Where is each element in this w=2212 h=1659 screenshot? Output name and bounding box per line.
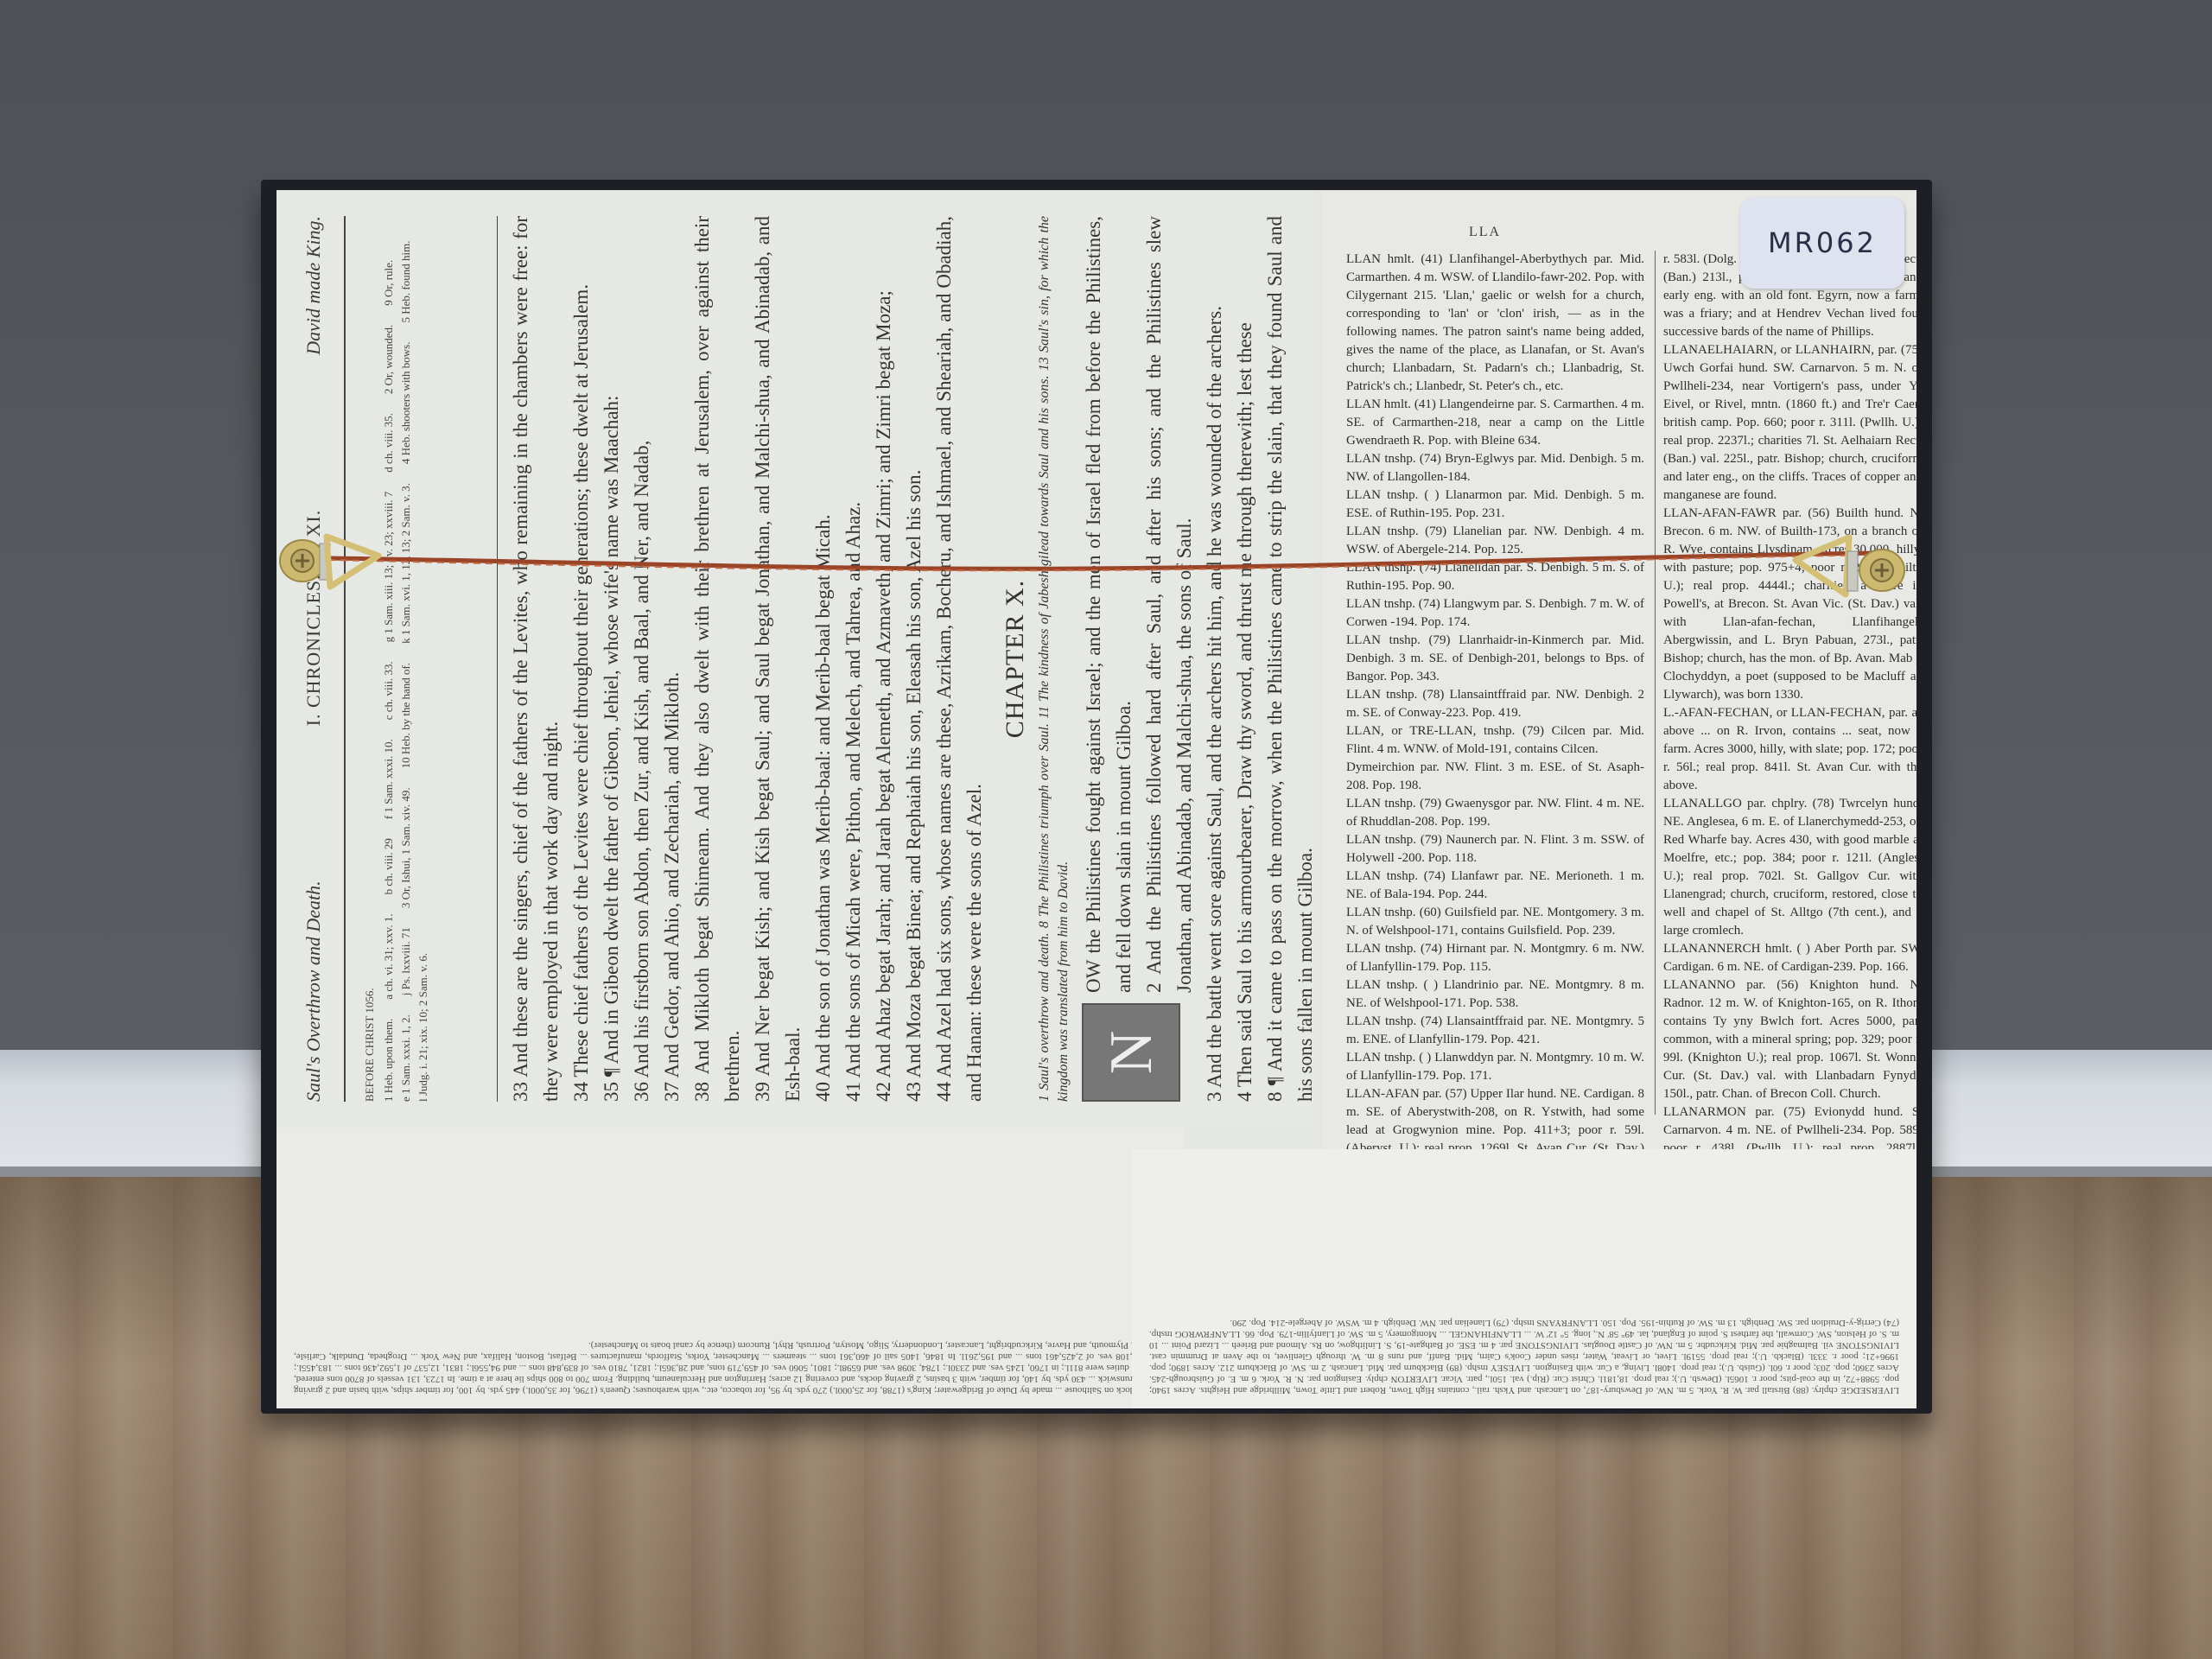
- bible-page: Saul's Overthrow and Death. I. CHRONICLE…: [276, 190, 1313, 1128]
- verse: 43 And Moza begat Binea; and Rephaiah hi…: [899, 216, 929, 1102]
- verse: 34 These chief fathers of the Levites we…: [566, 216, 596, 1102]
- clipping-right-text: LIVERSEDGE chplry. (88) Birstall par. W.…: [1149, 1162, 1899, 1395]
- gazetteer-entry: LLANANNERCH hmlt. ( ) Aber Porth par. SW…: [1663, 940, 1916, 976]
- picture-frame-back: Saul's Overthrow and Death. I. CHRONICLE…: [261, 180, 1932, 1414]
- gazetteer-entry: LLANARMON par. (75) Evionydd hund. S. Ca…: [1663, 1103, 1916, 1149]
- verse: 44 And Azel had six sons, whose names ar…: [929, 216, 989, 1102]
- right-d-ring-hanger: [1789, 525, 1910, 607]
- gazetteer-entry: LLAN tnshp. ( ) Llanwddyn par. N. Montgm…: [1346, 1049, 1644, 1085]
- gazetteer-entry: LLAN tnshp. (74) Llangwym par. S. Denbig…: [1346, 595, 1644, 632]
- gazetteer-entry: Dymeirchion par. NW. Flint. 3 m. ESE. of…: [1346, 759, 1644, 795]
- clipping-left-text: long), a dock on Salthouse ... made by D…: [294, 1141, 1166, 1395]
- verse: 36 And his firstborn son Abdon, then Zur…: [626, 216, 657, 1102]
- gazetteer-entry: LLAN tnshp. (74) Hirnant par. N. Montgmr…: [1346, 940, 1644, 976]
- margin-note: a ch. vi. 31; xxv. 1.: [382, 913, 396, 999]
- running-head: Saul's Overthrow and Death. I. CHRONICLE…: [302, 190, 337, 1128]
- margin-references: BEFORE CHRIST 1056. 1 Heb. upon them. a …: [363, 216, 493, 1102]
- newspaper-clipping-left: long), a dock on Salthouse ... made by D…: [276, 1128, 1184, 1408]
- gazetteer-column-1: LLAN hmlt. (41) Llanfihangel-Aberbythych…: [1346, 251, 1644, 1149]
- chapter-x-summary: 1 Saul's overthrow and death. 8 The Phil…: [1035, 216, 1073, 1102]
- margin-note: 4 Heb. shooters with bows.: [399, 342, 413, 465]
- margin-note: l Judg. i. 21; xix. 10; 2 Sam. v. 6.: [416, 953, 430, 1102]
- gazetteer-entry: LLAN, or TRE-LLAN, tnshp. (79) Cilcen pa…: [1346, 722, 1644, 759]
- verse: 33 And these are the singers, chief of t…: [505, 216, 566, 1102]
- verse: 38 And Mikloth begat Shimeam. And they a…: [687, 216, 747, 1102]
- verse: 4 Then said Saul to his armourbearer, Dr…: [1230, 216, 1260, 1102]
- gazetteer-entry: LLAN tnshp. ( ) Llanarmon par. Mid. Denb…: [1346, 486, 1644, 523]
- verse: 2 And the Philistines followed hard afte…: [1139, 216, 1199, 1102]
- gazetteer-column-2: r. 583l. (Dolg. U.); real prop. 5l. St. …: [1663, 251, 1916, 1149]
- frame-backing: Saul's Overthrow and Death. I. CHRONICLE…: [276, 190, 1916, 1408]
- gazetteer-running-head-left: LLA: [1469, 225, 1501, 240]
- verse: 37 And Gedor, and Ahio, and Zechariah, a…: [657, 216, 687, 1102]
- verse: 39 And Ner begat Kish; and Kish begat Sa…: [747, 216, 808, 1102]
- running-head-left: Saul's Overthrow and Death.: [302, 880, 337, 1102]
- verse: 3 And the battle went sore against Saul,…: [1199, 216, 1230, 1102]
- verse: 35 ¶ And in Gibeon dwelt the father of G…: [596, 216, 626, 1102]
- margin-note: d ch. viii. 35.: [382, 413, 396, 473]
- margin-note: f 1 Sam. xxxi. 10.: [382, 739, 396, 819]
- gazetteer-entry: LLANAELHAIARN, or LLANHAIRN, par. (75) U…: [1663, 341, 1916, 505]
- gazetteer-entry: LLANANNO par. (56) Knighton hund. N. Rad…: [1663, 976, 1916, 1103]
- verse: 42 And Ahaz begat Jarah; and Jarah begat…: [868, 216, 899, 1102]
- margin-note: j Ps. lxxviii. 71: [399, 927, 413, 995]
- gazetteer-entry: LLAN tnshp. (78) Llansaintffraid par. NW…: [1346, 686, 1644, 722]
- gazetteer-entry: LLAN tnshp. (74) Llansaintffraid par. NE…: [1346, 1013, 1644, 1049]
- gazetteer-entry: L.-AFAN-FECHAN, or LLAN-FECHAN, par. as …: [1663, 704, 1916, 795]
- inventory-label-text: MR062: [1768, 226, 1877, 259]
- margin-note: e 1 Sam. xxxi. 1, 2.: [399, 1014, 413, 1102]
- margin-note: 1 Heb. upon them.: [382, 1019, 396, 1102]
- drop-cap-n: N: [1082, 1003, 1180, 1102]
- bible-text: 33 And these are the singers, chief of t…: [505, 216, 1313, 1102]
- running-head-right: David made King.: [302, 216, 337, 355]
- verse: 8 ¶ And it came to pass on the morrow, w…: [1260, 216, 1313, 1102]
- gazetteer-entry: LLAN hmlt. (41) Llangendeirne par. S. Ca…: [1346, 396, 1644, 450]
- gazetteer-page: LLA LLA LLAN hmlt. (41) Llanfihangel-Abe…: [1322, 190, 1916, 1149]
- verse: OW the Philistines fought against Israel…: [1078, 216, 1139, 1102]
- margin-note: 3 Or, Ishui, 1 Sam. xiv. 49.: [399, 787, 413, 908]
- gazetteer-entry: LLAN tnshp. (79) Llanrhaidr-in-Kinmerch …: [1346, 632, 1644, 686]
- gazetteer-entry: LLAN hmlt. (41) Llanfihangel-Aberbythych…: [1346, 251, 1644, 396]
- gazetteer-entry: LLAN tnshp. ( ) Llandrinio par. NE. Mont…: [1346, 976, 1644, 1013]
- margin-note: 2 Or, wounded.: [382, 325, 396, 394]
- header-rule: [344, 216, 346, 1102]
- margin-note: 9 Or, rule.: [382, 260, 396, 306]
- column-divider: [1655, 251, 1656, 1115]
- margin-rule: [497, 216, 498, 1102]
- margin-note: c ch. viii. 33.: [382, 661, 396, 720]
- margin-note: b ch. viii. 29: [382, 838, 396, 894]
- margin-date: BEFORE CHRIST 1056.: [363, 216, 377, 1102]
- hanging-wire: [311, 536, 1901, 588]
- inventory-label: MR062: [1740, 197, 1904, 289]
- gazetteer-entry: LLAN tnshp. (79) Gwaenysgor par. NW. Fli…: [1346, 795, 1644, 831]
- gazetteer-entry: LLAN tnshp. (74) Bryn-Eglwys par. Mid. D…: [1346, 450, 1644, 486]
- left-d-ring-hanger: [275, 523, 387, 596]
- verse: 41 And the sons of Micah were, Pithon, a…: [838, 216, 868, 1102]
- margin-note: 10 Heb. by the hand of.: [399, 663, 413, 768]
- gazetteer-entry: LLANALLGO par. chplry. (78) Twrcelyn hun…: [1663, 795, 1916, 940]
- bible-page-content: Saul's Overthrow and Death. I. CHRONICLE…: [276, 190, 1313, 1128]
- gazetteer-entry: LLAN tnshp. (79) Naunerch par. N. Flint.…: [1346, 831, 1644, 868]
- verse: 40 And the son of Jonathan was Merib-baa…: [808, 216, 838, 1102]
- chapter-x-heading: CHAPTER X.: [1000, 216, 1030, 1102]
- gazetteer-entry: LLAN-AFAN par. (57) Upper Ilar hund. NE.…: [1346, 1085, 1644, 1149]
- newspaper-clipping-right: LIVERSEDGE chplry. (88) Birstall par. W.…: [1132, 1149, 1916, 1408]
- gazetteer-entry: LLAN tnshp. (74) Llanfawr par. NE. Merio…: [1346, 868, 1644, 904]
- margin-note: 5 Heb. found him.: [399, 241, 413, 323]
- gazetteer-entry: LLAN tnshp. (60) Guilsfield par. NE. Mon…: [1346, 904, 1644, 940]
